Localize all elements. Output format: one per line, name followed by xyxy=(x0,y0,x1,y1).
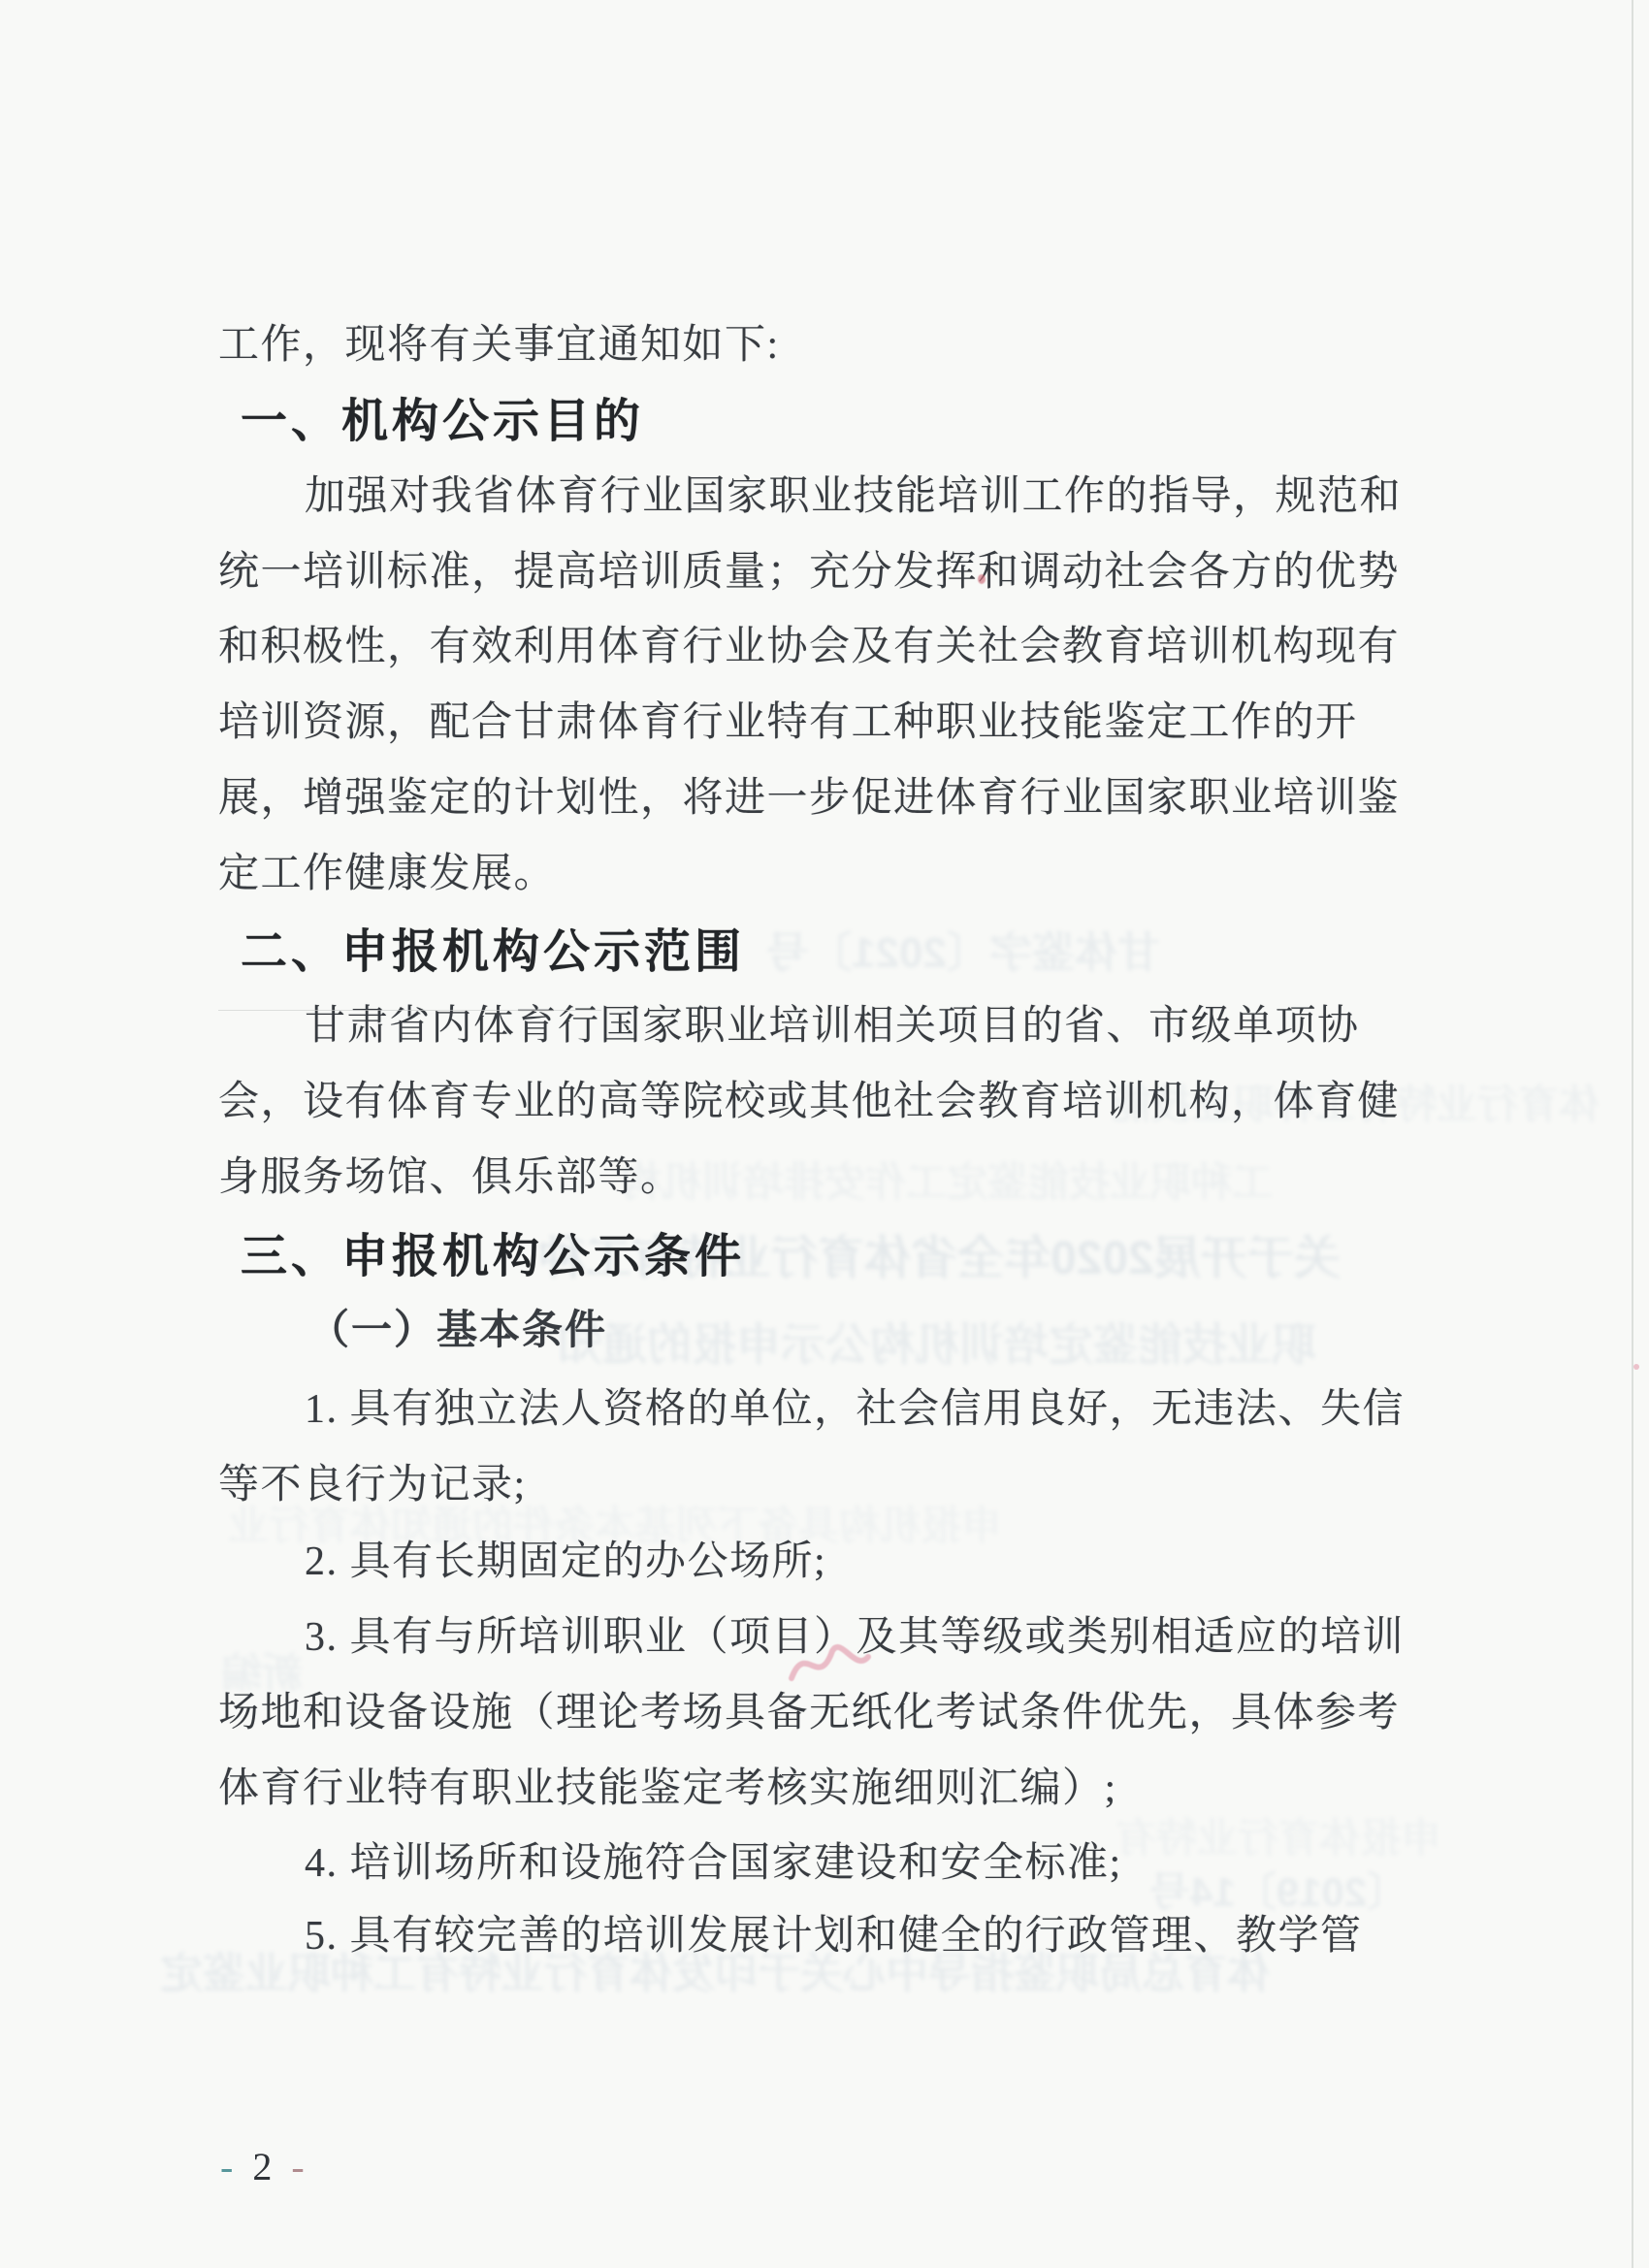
document-line: 2. 具有长期固定的办公场所; xyxy=(305,1529,826,1587)
page-number: -2- xyxy=(220,2144,307,2189)
document-line: 身服务场馆、俱乐部等。 xyxy=(218,1145,683,1203)
document-line: 培训资源，配合甘肃体育行业特有工种职业技能鉴定工作的开 xyxy=(218,690,1358,748)
section-heading-3: 三、申报机构公示条件 xyxy=(241,1218,745,1285)
document-line: 统一培训标准，提高培训质量；充分发挥和调动社会各方的优势 xyxy=(218,539,1400,598)
page-number-dash-left: - xyxy=(220,2145,235,2188)
sub-heading: （一）基本条件 xyxy=(308,1298,607,1356)
page-number-dash-right: - xyxy=(291,2145,306,2188)
document-line: 等不良行为记录; xyxy=(218,1452,527,1510)
document-line: 甘肃省内体育行国家职业培训相关项目的省、市级单项协 xyxy=(305,993,1360,1052)
document-line: 1. 具有独立法人资格的单位，社会信用良好，无违法、失信 xyxy=(305,1377,1405,1435)
scanned-document-page: 甘体鉴字〔2021〕号 体育行业特有工种职业技能 工种职业技能鉴定工作安排培训机… xyxy=(0,0,1649,2268)
bleedthrough-line: 工种职业技能鉴定工作安排培训机构 xyxy=(621,1150,1273,1209)
scan-edge-line xyxy=(1632,0,1633,2268)
document-line: 定工作健康发展。 xyxy=(218,841,556,899)
document-line: 展，增强鉴定的计划性，将进一步促进体育行业国家职业培训鉴 xyxy=(218,765,1400,824)
pink-scribble-mark xyxy=(786,1636,873,1696)
document-line: 5. 具有较完善的培训发展计划和健全的行政管理、教学管 xyxy=(305,1903,1363,1961)
section-heading-2: 二、申报机构公示范围 xyxy=(241,914,745,981)
document-line: 加强对我省体育行业国家职业技能培训工作的指导，规范和 xyxy=(305,464,1402,522)
page-number-value: 2 xyxy=(252,2145,274,2188)
bleedthrough-line: 申报体育行业特有 xyxy=(1115,1806,1441,1864)
red-ink-dot xyxy=(978,574,986,584)
scan-artifact-line xyxy=(218,1010,601,1011)
bleedthrough-line: 职业技能鉴定培训机构公示申报的通知 xyxy=(558,1310,1316,1374)
document-line: 4. 培训场所和设施符合国家建设和安全标准; xyxy=(305,1831,1122,1889)
pink-ink-speck xyxy=(1633,1364,1639,1370)
document-line: 会，设有体育专业的高等院校或其他社会教育培训机构，体育健 xyxy=(218,1069,1400,1127)
bleedthrough-line: 甘体鉴字〔2021〕号 xyxy=(766,918,1160,980)
section-heading-1: 一、机构公示目的 xyxy=(241,383,644,450)
document-line: 体育行业特有职业技能鉴定考核实施细则汇编）; xyxy=(218,1756,1117,1814)
document-line: 工作，现将有关事宜通知如下: xyxy=(218,312,780,371)
document-line: 和积极性，有效利用体育行业协会及有关社会教育培训机构现有 xyxy=(218,614,1400,672)
